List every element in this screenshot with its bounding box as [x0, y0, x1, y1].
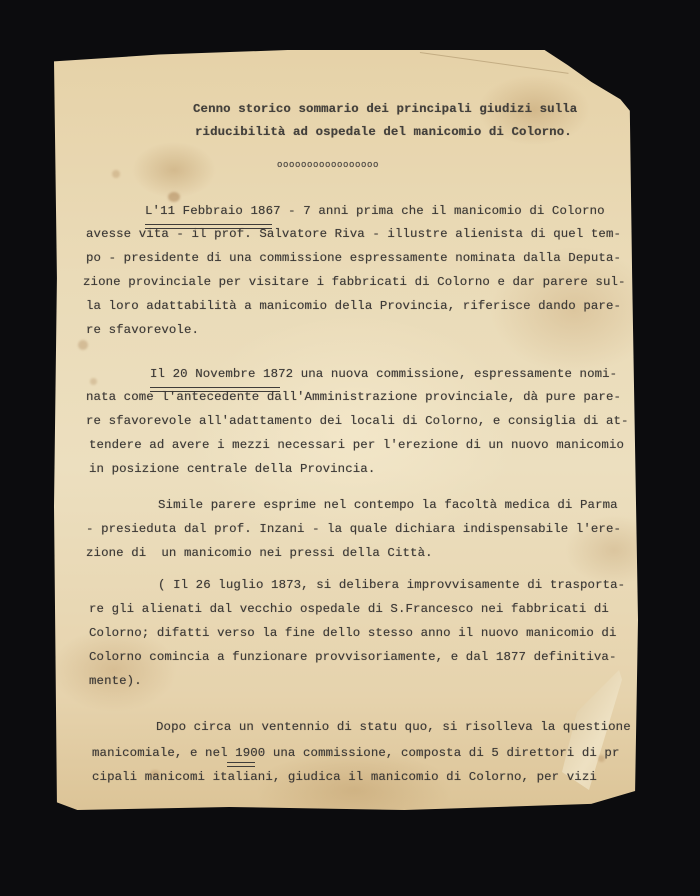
paragraph-5-line-1: Dopo circa un ventennio di statu quo, si… — [156, 720, 631, 734]
paragraph-1-line-6: re sfavorevole. — [86, 323, 199, 337]
title-line-1: Cenno storico sommario dei principali gi… — [193, 102, 577, 116]
year-underline — [227, 762, 255, 767]
title-line-2: riducibilità ad ospedale del manicomio d… — [195, 125, 572, 139]
paragraph-1-line-5: la loro adattabilità a manicomio della P… — [86, 299, 621, 313]
scanned-page: Cenno storico sommario dei principali gi… — [0, 0, 700, 896]
paragraph-2-line-1: Il 20 Novembre 1872 una nuova commission… — [150, 367, 617, 381]
paragraph-5-line-3: cipali manicomi italiani, giudica il man… — [92, 770, 597, 784]
paragraph-3-line-3: zione di un manicomio nei pressi della C… — [86, 546, 433, 560]
paragraph-1-line-1: L'11 Febbraio 1867 - 7 anni prima che il… — [145, 204, 605, 218]
paragraph-3-line-2: - presieduta dal prof. Inzani - la quale… — [86, 522, 621, 536]
paragraph-2-line-4: tendere ad avere i mezzi necessari per l… — [89, 438, 624, 452]
title-separator: ooooooooooooooooo — [277, 160, 379, 170]
document-body: Cenno storico sommario dei principali gi… — [0, 0, 700, 896]
paragraph-2-line-3: re sfavorevole all'adattamento dei local… — [86, 414, 629, 428]
paragraph-2-line-2: nata come l'antecedente dall'Amministraz… — [86, 390, 621, 404]
paragraph-4-line-2: re gli alienati dal vecchio ospedale di … — [89, 602, 609, 616]
paragraph-1-line-2: avesse vita - il prof. Salvatore Riva - … — [86, 227, 621, 241]
paragraph-1-line-3: po - presidente di una commissione espre… — [86, 251, 621, 265]
paragraph-4-line-1: ( Il 26 luglio 1873, si delibera improvv… — [158, 578, 625, 592]
paragraph-4-line-5: mente). — [89, 674, 142, 688]
paragraph-3-line-1: Simile parere esprime nel contempo la fa… — [158, 498, 618, 512]
paragraph-5-line-2: manicomiale, e nel 1900 una commissione,… — [92, 746, 620, 760]
paragraph-4-line-3: Colorno; difatti verso la fine dello ste… — [89, 626, 617, 640]
paragraph-2-line-5: in posizione centrale della Provincia. — [89, 462, 375, 476]
paragraph-1-line-4: zione provinciale per visitare i fabbric… — [83, 275, 626, 289]
paragraph-4-line-4: Colorno comincia a funzionare provvisori… — [89, 650, 617, 664]
